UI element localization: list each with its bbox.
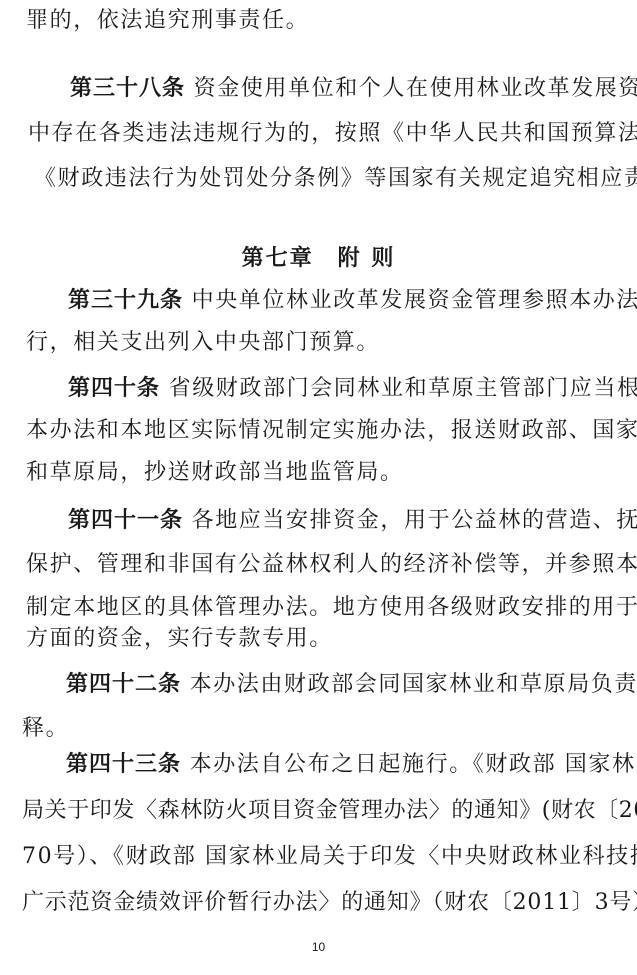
article-40-heading-line: 第四十条 省级财政部门会同林业和草原主管部门应当根据 [68,374,614,404]
line-text: 广示范资金绩效评价暂行办法〉的通知》（财农〔2011〕3号）、 [22,890,637,915]
chapter-title: 第七章 附 则 [0,244,637,274]
line-text: 罪的，依法追究刑事责任。 [26,8,309,33]
line-text: 本办法由财政部会同国家林业和草原局负责解 [181,672,637,697]
text-line: 释。 [22,714,612,744]
text-line: 70号）、《财政部 国家林业局关于印发〈中央财政林业科技推 [22,842,612,872]
text-line: 本办法和本地区实际情况制定实施办法，报送财政部、国家林业 [26,416,616,446]
article-43-heading-line: 第四十三条 本办法自公布之日起施行。《财政部 国家林业 [66,750,612,780]
line-text: 局关于印发〈森林防火项目资金管理办法〉的通知》(财农〔2007〕 [22,798,637,823]
article-number: 第四十条 [68,376,160,401]
article-number: 第四十一条 [68,508,183,533]
text-line: 行，相关支出列入中央部门预算。 [26,328,616,358]
line-text: 省级财政部门会同林业和草原主管部门应当根据 [160,376,637,401]
text-line: 局关于印发〈森林防火项目资金管理办法〉的通知》(财农〔2007〕 [22,796,612,826]
article-38-heading-line: 第三十八条 资金使用单位和个人在使用林业改革发展资金 [70,74,616,104]
article-41-heading-line: 第四十一条 各地应当安排资金，用于公益林的营造、抚育、 [68,506,614,536]
page-number: 10 [0,940,637,954]
article-number: 第四十二条 [66,672,181,697]
line-text: 中存在各类违法违规行为的，按照《中华人民共和国预算法》、 [28,121,637,146]
text-line: 中存在各类违法违规行为的，按照《中华人民共和国预算法》、 [28,119,618,149]
text-line: 保护、管理和非国有公益林权利人的经济补偿等，并参照本办法 [26,550,616,580]
text-line: 方面的资金，实行专款专用。 [26,624,616,654]
line-text: 本办法和本地区实际情况制定实施办法，报送财政部、国家林业 [26,418,637,443]
text-line: 制定本地区的具体管理办法。地方使用各级财政安排的用于上述 [26,593,616,623]
line-text: 70号）、《财政部 国家林业局关于印发〈中央财政林业科技推 [22,844,637,869]
text-line: 《财政违法行为处罚处分条例》等国家有关规定追究相应责任。 [34,164,624,194]
text-line: 和草原局，抄送财政部当地监管局。 [26,458,616,488]
line-text: 各地应当安排资金，用于公益林的营造、抚育、 [183,508,637,533]
line-text: 《财政违法行为处罚处分条例》等国家有关规定追究相应责任。 [34,166,637,191]
line-text: 制定本地区的具体管理办法。地方使用各级财政安排的用于上述 [26,595,637,620]
article-39-heading-line: 第三十九条 中央单位林业改革发展资金管理参照本办法执 [68,286,614,316]
line-text: 和草原局，抄送财政部当地监管局。 [26,460,404,485]
article-number: 第三十八条 [70,76,185,101]
line-text: 资金使用单位和个人在使用林业改革发展资金 [185,76,637,101]
line-text: 行，相关支出列入中央部门预算。 [26,330,380,355]
line-text: 本办法自公布之日起施行。《财政部 国家林业 [181,752,637,777]
text-line: 罪的，依法追究刑事责任。 [26,6,616,36]
line-text: 释。 [22,716,69,741]
article-42-heading-line: 第四十二条 本办法由财政部会同国家林业和草原局负责解 [66,670,612,700]
article-number: 第三十九条 [68,288,183,313]
text-line: 广示范资金绩效评价暂行办法〉的通知》（财农〔2011〕3号）、 [22,888,612,918]
line-text: 保护、管理和非国有公益林权利人的经济补偿等，并参照本办法 [26,552,637,577]
article-number: 第四十三条 [66,752,181,777]
line-text: 中央单位林业改革发展资金管理参照本办法执 [183,288,637,313]
line-text: 方面的资金，实行专款专用。 [26,626,333,651]
